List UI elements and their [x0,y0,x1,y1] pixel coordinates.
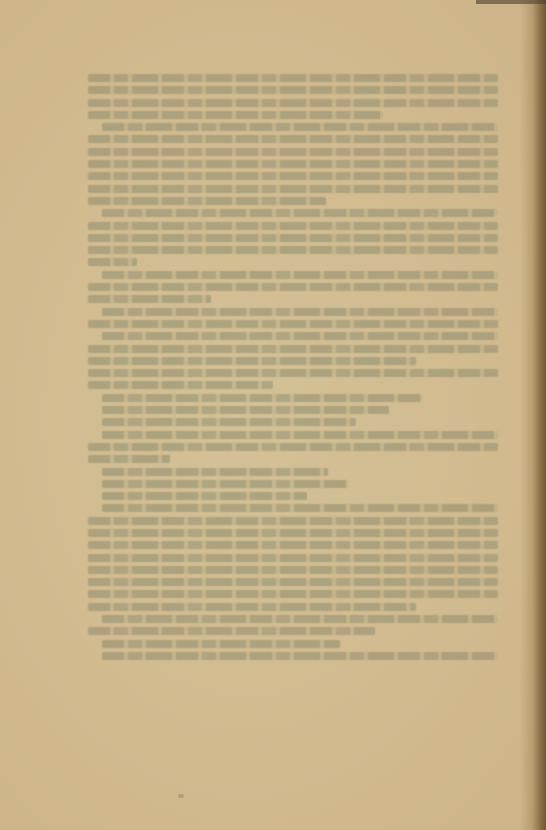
text-line [88,222,498,230]
text-line [102,394,422,402]
text-line [88,197,326,205]
text-line [88,541,498,549]
text-line [88,320,498,328]
page-footer-mark [178,794,184,798]
text-line [88,258,137,266]
text-line [88,74,498,82]
text-line [88,357,416,365]
text-line [88,529,498,537]
text-line [102,332,498,340]
text-line [88,99,498,107]
running-header [88,56,498,70]
text-line [88,283,498,291]
text-line [102,615,498,623]
text-line [102,406,389,414]
text-line [102,480,348,488]
text-line [102,431,498,439]
text-line [102,123,498,131]
text-line [102,652,498,660]
text-line [102,504,498,512]
text-line [88,234,498,242]
scanned-page: text illegible — scan too blurred to tra… [0,0,546,830]
text-line [88,160,498,168]
text-line [88,135,498,143]
text-line [88,86,498,94]
text-line [88,295,211,303]
text-line [88,111,383,119]
text-line [88,455,170,463]
text-line [88,443,498,451]
text-line [88,345,498,353]
body-text [88,74,498,664]
text-line [88,172,498,180]
text-line [102,640,340,648]
text-line [88,603,416,611]
text-line [88,578,498,586]
text-line [88,185,498,193]
text-line [102,492,307,500]
text-line [88,517,498,525]
text-line [102,271,498,279]
text-line [88,148,498,156]
text-line [88,566,498,574]
text-line [88,590,498,598]
text-line [88,554,498,562]
text-line [102,468,328,476]
text-line [102,308,498,316]
text-line [88,627,375,635]
text-line [88,381,273,389]
text-line [102,209,498,217]
scan-corner-mark [476,0,546,4]
text-line [102,418,356,426]
text-line [88,369,498,377]
text-line [88,246,498,254]
